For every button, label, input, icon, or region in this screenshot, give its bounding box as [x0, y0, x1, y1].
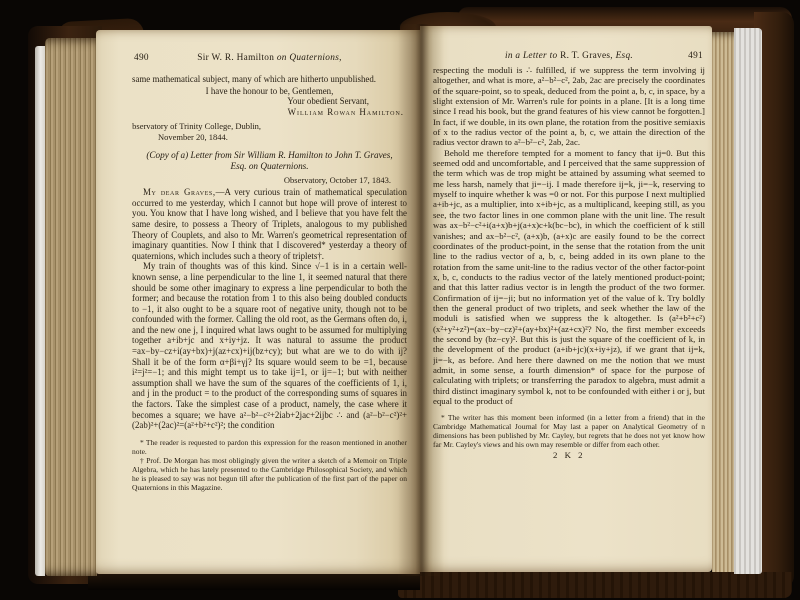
right-paragraph-1: respecting the moduli is ∴ fulfilled, if… — [433, 65, 705, 148]
salutation: My dear Graves, — [143, 187, 216, 197]
left-page: 490 Sir W. R. Hamilton on Quaternions, s… — [96, 30, 420, 574]
valediction-signature: William Rowan Hamilton. — [132, 107, 407, 118]
paragraph-1-text: —A very curious train of mathematical sp… — [132, 187, 407, 261]
left-footnotes: * The reader is requested to pardon this… — [132, 438, 407, 492]
address-line2: November 20, 1844. — [158, 132, 407, 143]
address-line1: Observatory of Trinity College, Dublin, — [132, 121, 407, 132]
right-footnote: * The writer has this moment been inform… — [433, 413, 705, 449]
page-edges-right — [712, 32, 734, 572]
right-header-italic2: Esq. — [616, 51, 633, 61]
right-header-roman: R. T. Graves, — [560, 51, 616, 61]
book-cover-bottom-edge — [398, 572, 792, 598]
footnote-asterisk: * The reader is requested to pardon this… — [132, 438, 407, 456]
right-paragraph-2: Behold me therefore tempted for a moment… — [433, 148, 705, 407]
endpaper-stack-left — [35, 46, 45, 576]
right-page: in a Letter to R. T. Graves, Esq. 491 re… — [420, 26, 712, 572]
continuation-paragraph: same mathematical subject, many of which… — [132, 74, 407, 85]
left-page-body: same mathematical subject, many of which… — [132, 74, 407, 431]
right-header-title: in a Letter to R. T. Graves, Esq. — [505, 51, 633, 61]
right-running-header: in a Letter to R. T. Graves, Esq. 491 — [433, 50, 705, 63]
footnote-cayley: * The writer has this moment been inform… — [433, 413, 705, 449]
left-running-header: 490 Sir W. R. Hamilton on Quaternions, — [132, 52, 407, 65]
left-header-roman: Sir W. R. Hamilton — [197, 53, 277, 63]
book-photograph: 490 Sir W. R. Hamilton on Quaternions, s… — [0, 0, 800, 600]
left-header-italic: on Quaternions, — [277, 53, 342, 63]
page-edges-left — [45, 38, 97, 576]
left-page-content: 490 Sir W. R. Hamilton on Quaternions, s… — [132, 52, 407, 566]
left-page-number: 490 — [134, 52, 149, 64]
letter-date: Observatory, October 17, 1843. — [132, 175, 407, 186]
valediction-line2: Your obedient Servant, — [132, 96, 407, 107]
letter-paragraph-1: My dear Graves,—A very curious train of … — [132, 187, 407, 261]
right-page-content: in a Letter to R. T. Graves, Esq. 491 re… — [433, 50, 705, 564]
letter-paragraph-2: My train of thoughts was of this kind. S… — [132, 261, 407, 431]
right-header-italic1: in a Letter to — [505, 51, 560, 61]
letter-heading: (Copy of a) Letter from Sir William R. H… — [132, 150, 407, 172]
valediction-line1: I have the honour to be, Gentlemen, — [132, 86, 407, 97]
left-header-title: Sir W. R. Hamilton on Quaternions, — [197, 53, 342, 63]
right-page-number: 491 — [688, 50, 703, 62]
endpaper-stack-right — [734, 28, 762, 574]
signature-mark: 2 K 2 — [433, 450, 705, 460]
footnote-dagger: † Prof. De Morgan has most obligingly gi… — [132, 456, 407, 492]
right-page-body: respecting the moduli is ∴ fulfilled, if… — [433, 65, 705, 406]
